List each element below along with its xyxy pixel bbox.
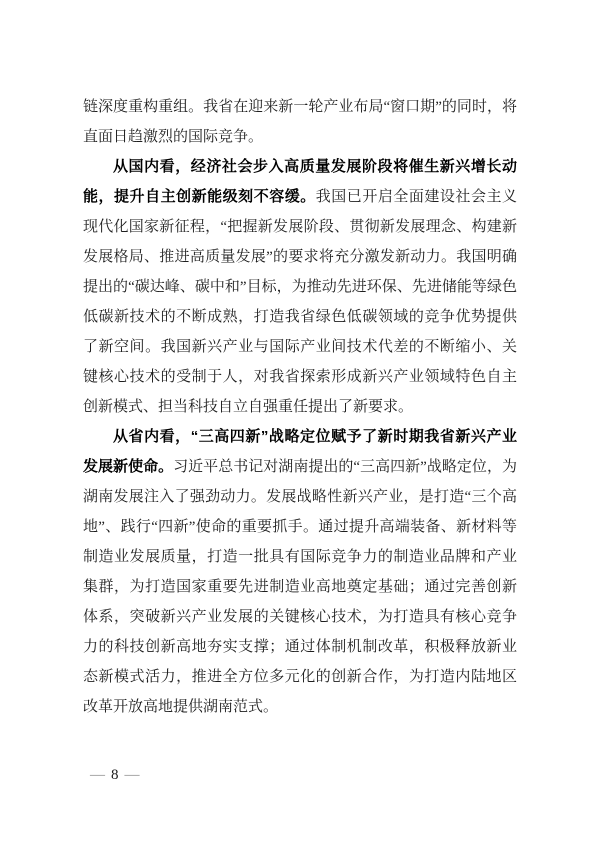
page-number: 8 (111, 767, 119, 783)
paragraph: 从省内看，“三高四新”战略定位赋予了新时期我省新兴产业发展新使命。习近平总书记对… (83, 422, 517, 722)
paragraph: 链深度重构重组。我省在迎来新一轮产业布局“窗口期”的同时，将直面日趋激烈的国际竞… (83, 92, 517, 152)
paragraph-text: 习近平总书记对湖南提出的“三高四新”战略定位，为湖南发展注入了强劲动力。发展战略… (83, 459, 517, 715)
footer-left-dash: — (90, 767, 105, 783)
paragraph-text: 我国已开启全面建设社会主义现代化国家新征程，“把握新发展阶段、贯彻新发展理念、构… (83, 189, 517, 415)
document-page: 链深度重构重组。我省在迎来新一轮产业布局“窗口期”的同时，将直面日趋激烈的国际竞… (0, 0, 600, 848)
paragraph-text: 链深度重构重组。我省在迎来新一轮产业布局“窗口期”的同时，将直面日趋激烈的国际竞… (83, 99, 517, 145)
footer-right-dash: — (125, 767, 140, 783)
page-footer: —8— (90, 764, 140, 786)
document-body: 链深度重构重组。我省在迎来新一轮产业布局“窗口期”的同时，将直面日趋激烈的国际竞… (83, 92, 517, 722)
paragraph: 从国内看，经济社会步入高质量发展阶段将催生新兴增长动能，提升自主创新能级刻不容缓… (83, 152, 517, 422)
